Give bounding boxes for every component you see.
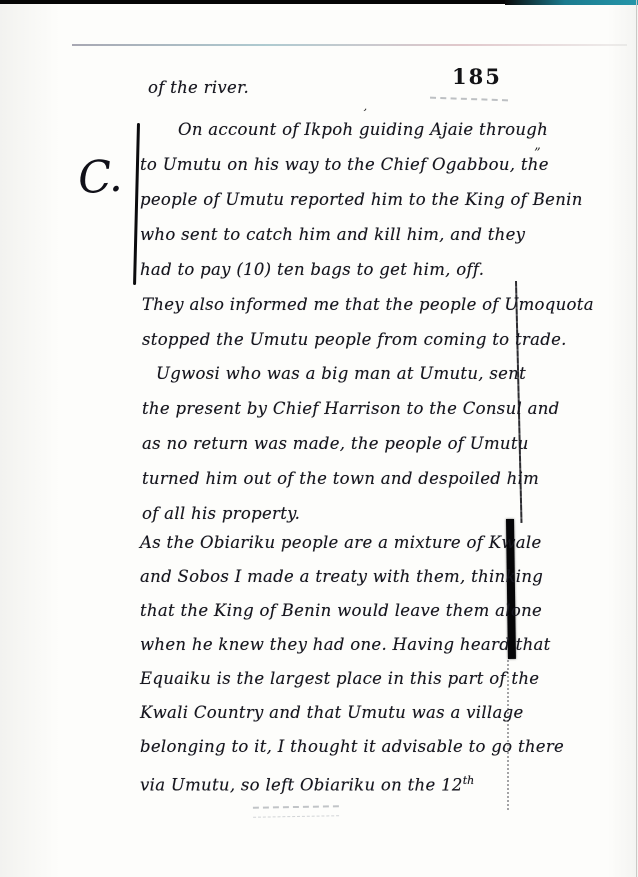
manuscript-paragraph: They also informed me that the people of… bbox=[142, 287, 594, 357]
manuscript-line: that the King of Benin would leave them … bbox=[140, 594, 564, 628]
scan-right-edge-line bbox=[636, 0, 637, 877]
page-number: 185 bbox=[452, 64, 502, 89]
manuscript-line: On account of Ikpoh guiding Ajaie throug… bbox=[140, 112, 583, 147]
manuscript-line: Equaiku is the largest place in this par… bbox=[140, 662, 564, 696]
manuscript-paragraph: As the Obiariku people are a mixture of … bbox=[140, 526, 564, 798]
manuscript-line: when he knew they had one. Having heard … bbox=[140, 628, 564, 662]
ordinal-suffix: th bbox=[463, 774, 475, 787]
manuscript-line: via Umutu, so left Obiariku on the 12th bbox=[140, 764, 564, 798]
manuscript-line: people of Umutu reported him to the King… bbox=[140, 182, 583, 217]
scan-horizontal-artifact-line bbox=[72, 44, 627, 46]
manuscript-paragraph: On account of Ikpoh guiding Ajaie throug… bbox=[140, 112, 583, 287]
manuscript-line: stopped the Umutu people from coming to … bbox=[142, 322, 594, 357]
manuscript-line: had to pay (10) ten bags to get him, off… bbox=[140, 252, 583, 287]
manuscript-line: Ugwosi who was a big man at Umutu, sent bbox=[142, 356, 560, 391]
manuscript-line: who sent to catch him and kill him, and … bbox=[140, 217, 583, 252]
manuscript-line-text: via Umutu, so left Obiariku on the 12 bbox=[140, 776, 463, 795]
pencil-scribble-mark bbox=[253, 805, 339, 817]
manuscript-line: turned him out of the town and despoiled… bbox=[142, 461, 560, 496]
manuscript-line: and Sobos I made a treaty with them, thi… bbox=[140, 560, 564, 594]
paragraph-margin-rule bbox=[133, 123, 139, 285]
manuscript-line: They also informed me that the people of… bbox=[142, 287, 594, 322]
manuscript-line: of the river. bbox=[148, 78, 249, 97]
manuscript-line: belonging to it, I thought it advisable … bbox=[140, 730, 564, 764]
margin-letter-c: C. bbox=[76, 151, 122, 205]
manuscript-line: the present by Chief Harrison to the Con… bbox=[142, 391, 560, 426]
manuscript-line: to Umutu on his way to the Chief Ogabbou… bbox=[140, 147, 583, 182]
pencil-underline-mark bbox=[430, 97, 508, 102]
manuscript-paragraph: Ugwosi who was a big man at Umutu, sent … bbox=[142, 356, 560, 531]
manuscript-line: as no return was made, the people of Umu… bbox=[142, 426, 560, 461]
scan-top-edge-teal-artifact bbox=[505, 0, 638, 5]
manuscript-line: Kwali Country and that Umutu was a villa… bbox=[140, 696, 564, 730]
manuscript-line: As the Obiariku people are a mixture of … bbox=[140, 526, 564, 560]
scanned-manuscript-page: 185 C. ” ’ of the river. On account of I… bbox=[0, 0, 638, 877]
